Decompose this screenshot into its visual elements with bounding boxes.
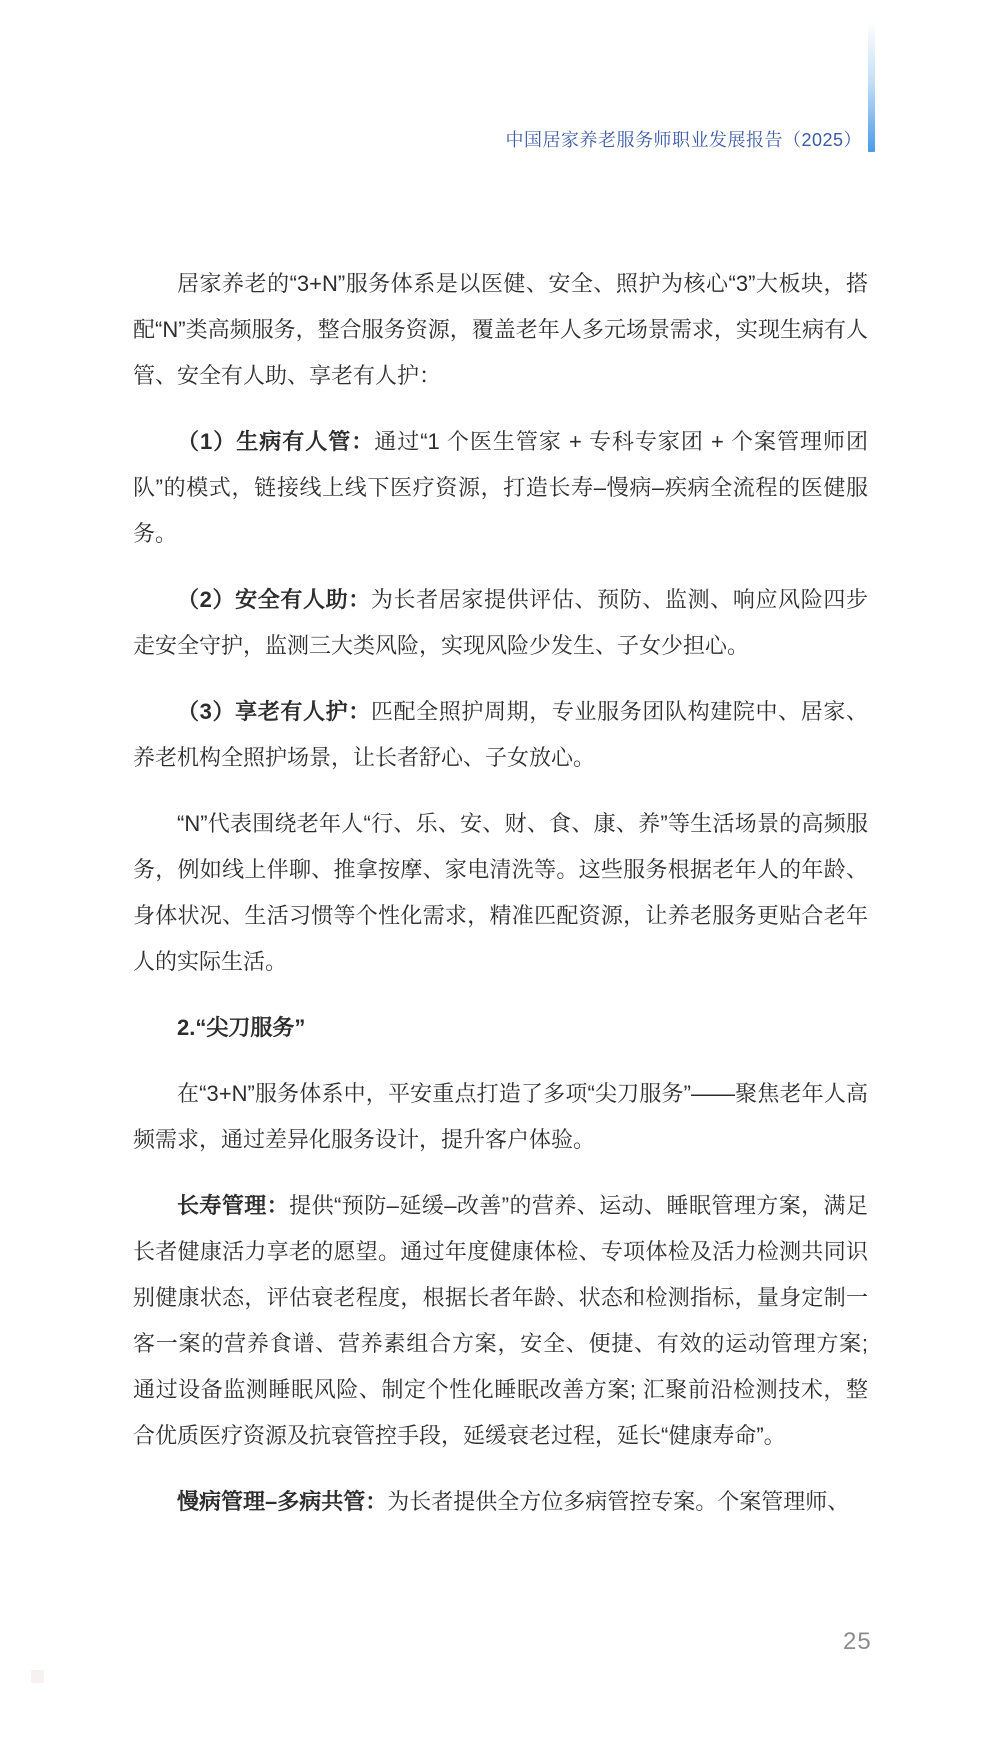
paragraph-text: “N”代表围绕老年人“行、乐、安、财、食、康、养”等生活场景的高频服务，例如线上… xyxy=(133,811,868,974)
paragraph-text: 为长者提供全方位多病管控专案。个案管理师、 xyxy=(387,1489,849,1514)
paragraph-lead: 慢病管理–多病共管： xyxy=(177,1489,387,1514)
corner-decoration xyxy=(31,1670,44,1683)
paragraph: （3）享老有人护：匹配全照护周期，专业服务团队构建院中、居家、养老机构全照护场景… xyxy=(133,689,868,781)
paragraph-text: 在“3+N”服务体系中，平安重点打造了多项“尖刀服务”——聚焦老年人高频需求，通… xyxy=(133,1081,868,1152)
document-body: 居家养老的“3+N”服务体系是以医健、安全、照护为核心“3”大板块，搭配“N”类… xyxy=(133,261,868,1525)
page-number: 25 xyxy=(843,1628,872,1656)
report-title: 中国居家养老服务师职业发展报告（2025） xyxy=(505,129,862,151)
paragraph-lead: （1）生病有人管： xyxy=(177,429,374,454)
paragraph: （1）生病有人管：通过“1 个医生管家 + 专科专家团 + 个案管理师团队”的模… xyxy=(133,419,868,557)
paragraph-text: 提供“预防–延缓–改善”的营养、运动、睡眠管理方案，满足长者健康活力享老的愿望。… xyxy=(133,1193,868,1448)
paragraph: 居家养老的“3+N”服务体系是以医健、安全、照护为核心“3”大板块，搭配“N”类… xyxy=(133,261,868,399)
header-accent-bar xyxy=(868,22,875,152)
report-page: 中国居家养老服务师职业发展报告（2025） 居家养老的“3+N”服务体系是以医健… xyxy=(0,0,1000,1752)
paragraph-text: 居家养老的“3+N”服务体系是以医健、安全、照护为核心“3”大板块，搭配“N”类… xyxy=(133,271,868,388)
paragraph-lead: 长寿管理： xyxy=(177,1193,289,1218)
paragraph: “N”代表围绕老年人“行、乐、安、财、食、康、养”等生活场景的高频服务，例如线上… xyxy=(133,801,868,985)
paragraph: 慢病管理–多病共管：为长者提供全方位多病管控专案。个案管理师、 xyxy=(133,1479,868,1525)
paragraph-lead: （2）安全有人助： xyxy=(177,587,371,612)
paragraph-lead: （3）享老有人护： xyxy=(177,699,371,724)
paragraph: 长寿管理：提供“预防–延缓–改善”的营养、运动、睡眠管理方案，满足长者健康活力享… xyxy=(133,1183,868,1459)
paragraph: （2）安全有人助：为长者居家提供评估、预防、监测、响应风险四步走安全守护，监测三… xyxy=(133,577,868,669)
section-heading-text: 2.“尖刀服务” xyxy=(177,1015,305,1040)
paragraph: 在“3+N”服务体系中，平安重点打造了多项“尖刀服务”——聚焦老年人高频需求，通… xyxy=(133,1071,868,1163)
section-heading: 2.“尖刀服务” xyxy=(133,1005,868,1051)
